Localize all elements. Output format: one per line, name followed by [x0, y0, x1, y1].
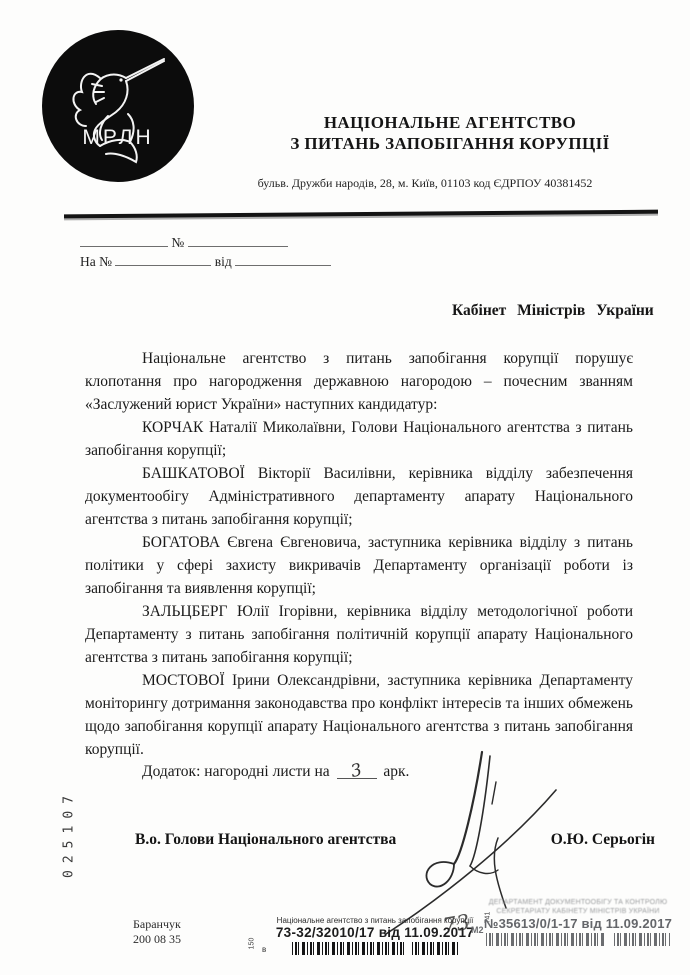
- stamp-agency-side-small: в: [262, 945, 266, 954]
- paragraph-candidate-korchak: КОРЧАК Наталії Миколаївни, Голови Націон…: [85, 416, 633, 462]
- handwritten-mark: 73: [441, 910, 471, 938]
- barcode-bars: [412, 942, 458, 955]
- number-blank: [188, 234, 288, 247]
- na-number-blank: [115, 253, 211, 266]
- reference-line-2: На № від: [80, 252, 331, 271]
- number-label: №: [171, 235, 184, 250]
- logo-text: МРЛН: [82, 126, 153, 149]
- reference-block: № На № від: [80, 233, 331, 271]
- vid-date-blank: [235, 253, 331, 266]
- paragraph-candidate-zaltsberh: ЗАЛЬЦБЕРГ Юлії Ігорівни, керівника відді…: [85, 600, 633, 669]
- executor-phone: 200 08 35: [133, 932, 181, 947]
- header-rule: [64, 210, 658, 219]
- scanned-letter-page: МРЛН НАЦІОНАЛЬНЕ АГЕНТСТВО З ПИТАНЬ ЗАПО…: [0, 0, 690, 975]
- attachment-prefix: Додаток: нагородні листи на: [142, 763, 330, 780]
- org-name-line1: НАЦІОНАЛЬНЕ АГЕНТСТВО: [240, 112, 660, 133]
- org-name-line2: З ПИТАНЬ ЗАПОБІГАННЯ КОРУПЦІЇ: [240, 133, 660, 154]
- executor-name: Баранчук: [133, 917, 181, 932]
- barcode-agency: [272, 942, 478, 955]
- vertical-doc-number: 025107: [62, 779, 77, 889]
- registration-stamp-cabinet: ДЕПАРТАМЕНТ ДОКУМЕНТООБІГУ ТА КОНТРОЛЮ С…: [471, 898, 685, 946]
- stamp-cabinet-number: №35613/0/1-17 від 11.09.2017: [471, 916, 685, 931]
- na-label: На №: [80, 254, 112, 269]
- attachment-count-blank: 3: [337, 761, 377, 779]
- date-blank: [80, 234, 168, 247]
- paragraph-candidate-bohatov: БОГАТОВА Євгена Євгеновича, заступника к…: [85, 531, 633, 600]
- barcode-bars: [486, 933, 606, 946]
- executor-block: Баранчук 200 08 35: [133, 917, 181, 947]
- org-name: НАЦІОНАЛЬНЕ АГЕНТСТВО З ПИТАНЬ ЗАПОБІГАН…: [240, 112, 660, 154]
- agency-logo: МРЛН: [42, 30, 194, 182]
- reference-line-1: №: [80, 233, 331, 252]
- barcode-cabinet: [471, 933, 685, 946]
- barcode-bars: [614, 933, 670, 946]
- paragraph-intro: Національне агентство з питань запобіган…: [85, 347, 633, 416]
- paragraph-candidate-bashkatova: БАШКАТОВОЇ Вікторії Василівни, керівника…: [85, 462, 633, 531]
- barcode-bars: [292, 942, 404, 955]
- stamp-cabinet-line2: СЕКРЕТАРІАТУ КАБІНЕТУ МІНІСТРІВ УКРАЇНИ: [471, 907, 685, 916]
- signer-position: В.о. Голови Національного агентства: [135, 831, 396, 849]
- stamp-cabinet-line1: ДЕПАРТАМЕНТ ДОКУМЕНТООБІГУ ТА КОНТРОЛЮ: [471, 898, 685, 907]
- recipient: Кабінет Міністрів України: [452, 302, 654, 320]
- stamp-cabinet-m2: М2: [471, 925, 484, 935]
- handwritten-count: 3: [349, 760, 364, 782]
- stamp-agency-side-left: 150: [248, 938, 255, 950]
- attachment-line: Додаток: нагородні листи на 3 арк.: [142, 761, 409, 781]
- letter-body: Національне агентство з питань запобіган…: [85, 347, 633, 761]
- marlin-icon: МРЛН: [42, 30, 194, 182]
- registration-stamp-agency: Національне агентство з питань запобіган…: [272, 916, 478, 955]
- vid-label: від: [215, 254, 232, 269]
- org-address: бульв. Дружби народів, 28, м. Київ, 0110…: [190, 176, 660, 191]
